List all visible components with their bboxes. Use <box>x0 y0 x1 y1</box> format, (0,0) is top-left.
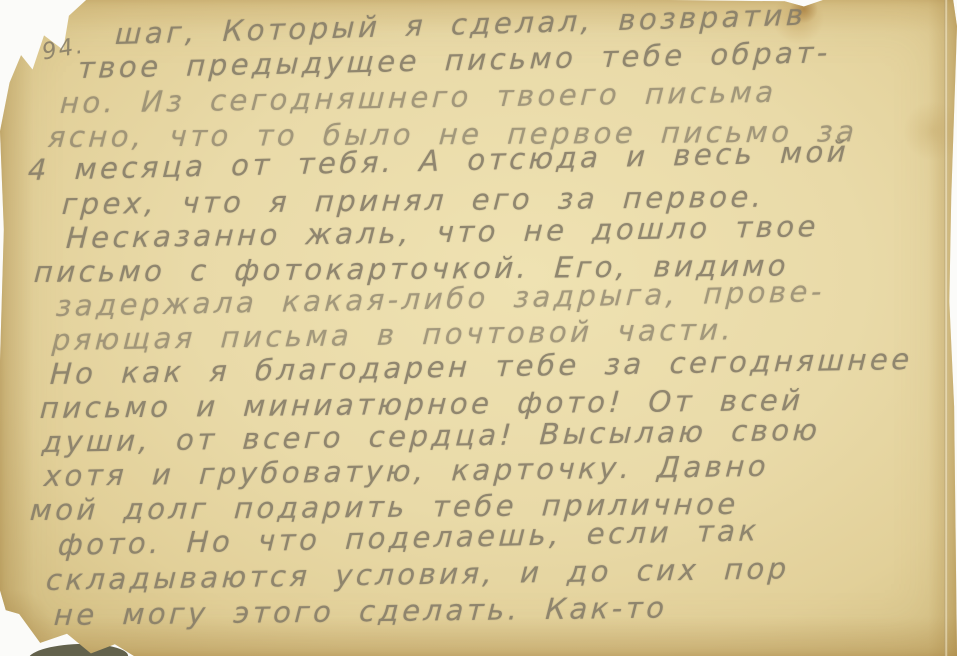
letter-photo: 94. шаг, Который я сделал, возвратив тво… <box>0 0 957 656</box>
handwritten-line: не могу этого сделать. Как-то <box>53 591 668 632</box>
letter-body: шаг, Который я сделал, возвратив твое пр… <box>0 0 957 656</box>
